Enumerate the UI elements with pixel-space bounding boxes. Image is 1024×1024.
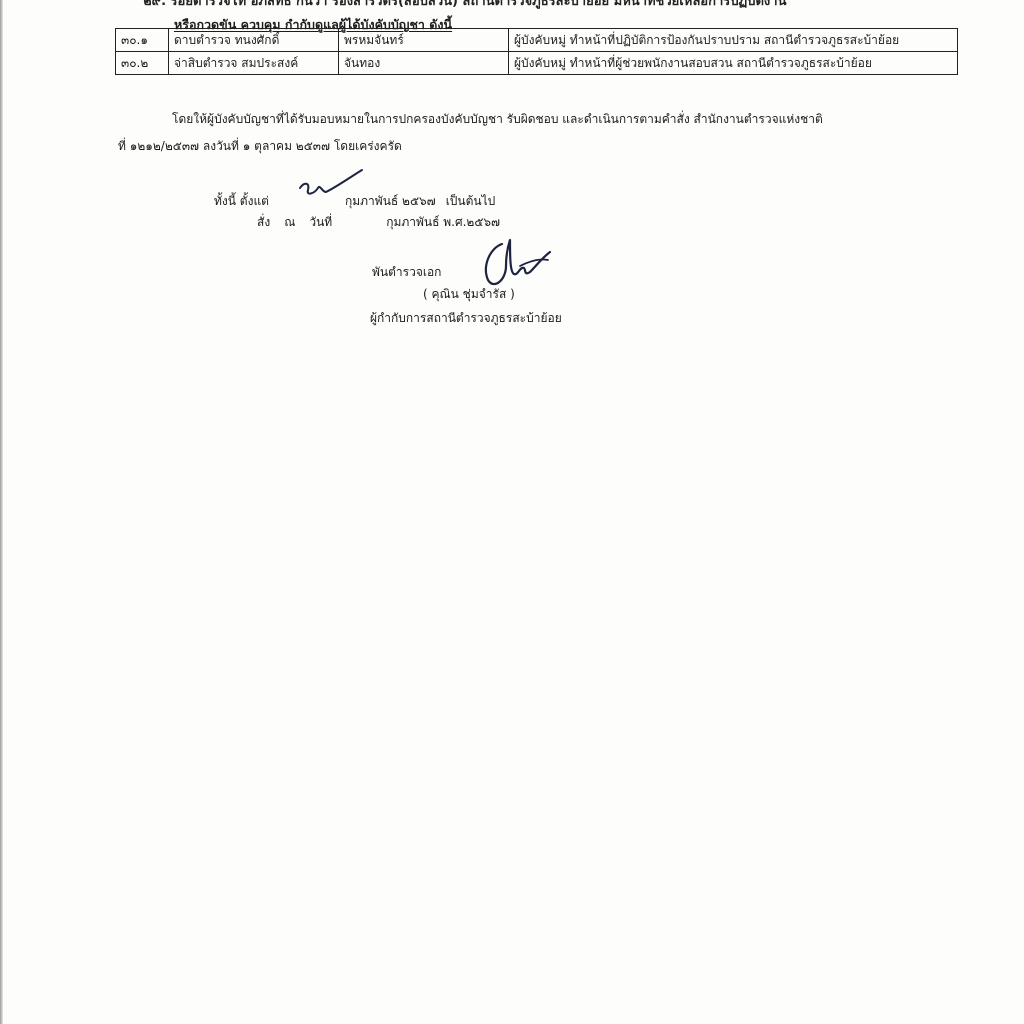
order-label: สั่ง	[257, 215, 270, 229]
scan-page-edge	[0, 0, 3, 1024]
order-at: ณ	[284, 215, 295, 229]
item-number: ๓๐.๒	[116, 52, 169, 75]
table-row: ๓๐.๑ ดาบตำรวจ ทนงศักดิ์ พรหมจันทร์ ผู้บั…	[116, 29, 958, 52]
personnel-table: ๓๐.๑ ดาบตำรวจ ทนงศักดิ์ พรหมจันทร์ ผู้บั…	[115, 28, 958, 75]
instruction-paragraph-line1: โดยให้ผู้บังคับบัญชาที่ได้รับมอบหมายในกา…	[172, 110, 823, 129]
order-date-label: วันที่	[309, 215, 332, 229]
signatory-name: ( คุณิน ชุ่มจำรัส )	[423, 285, 515, 304]
table-row: ๓๐.๒ จ่าสิบตำรวจ สมประสงค์ จันทอง ผู้บัง…	[116, 52, 958, 75]
date-handwriting-icon	[296, 168, 366, 202]
surname: พรหมจันทร์	[339, 29, 509, 52]
rank-name: จ่าสิบตำรวจ สมประสงค์	[169, 52, 339, 75]
cut-off-item-line: ๒๙. ร้อยตำรวจโท อภิสิทธิ์ ก้นว่า รองสารว…	[143, 0, 786, 11]
duty: ผู้บังคับหมู่ ทำหน้าที่ผู้ช่วยพนักงานสอบ…	[509, 52, 958, 75]
signatory-rank: พันตำรวจเอก	[372, 263, 441, 282]
order-date-line: สั่งณวันที่กุมภาพันธ์ พ.ศ.๒๕๖๗	[257, 213, 500, 232]
rank-name: ดาบตำรวจ ทนงศักดิ์	[169, 29, 339, 52]
signature-icon	[476, 236, 556, 292]
effective-suffix: เป็นต้นไป	[446, 194, 496, 208]
signatory-position: ผู้กำกับการสถานีตำรวจภูธรสะบ้าย้อย	[370, 309, 562, 328]
item-number: ๓๐.๑	[116, 29, 169, 52]
effective-label: ทั้งนี้ ตั้งแต่	[214, 194, 269, 208]
surname: จันทอง	[339, 52, 509, 75]
order-month-year: กุมภาพันธ์ พ.ศ.๒๕๖๗	[386, 215, 500, 229]
duty: ผู้บังคับหมู่ ทำหน้าที่ปฏิบัติการป้องกัน…	[509, 29, 958, 52]
instruction-paragraph-line2: ที่ ๑๒๑๒/๒๕๓๗ ลงวันที่ ๑ ตุลาคม ๒๕๓๗ โดย…	[118, 137, 402, 156]
